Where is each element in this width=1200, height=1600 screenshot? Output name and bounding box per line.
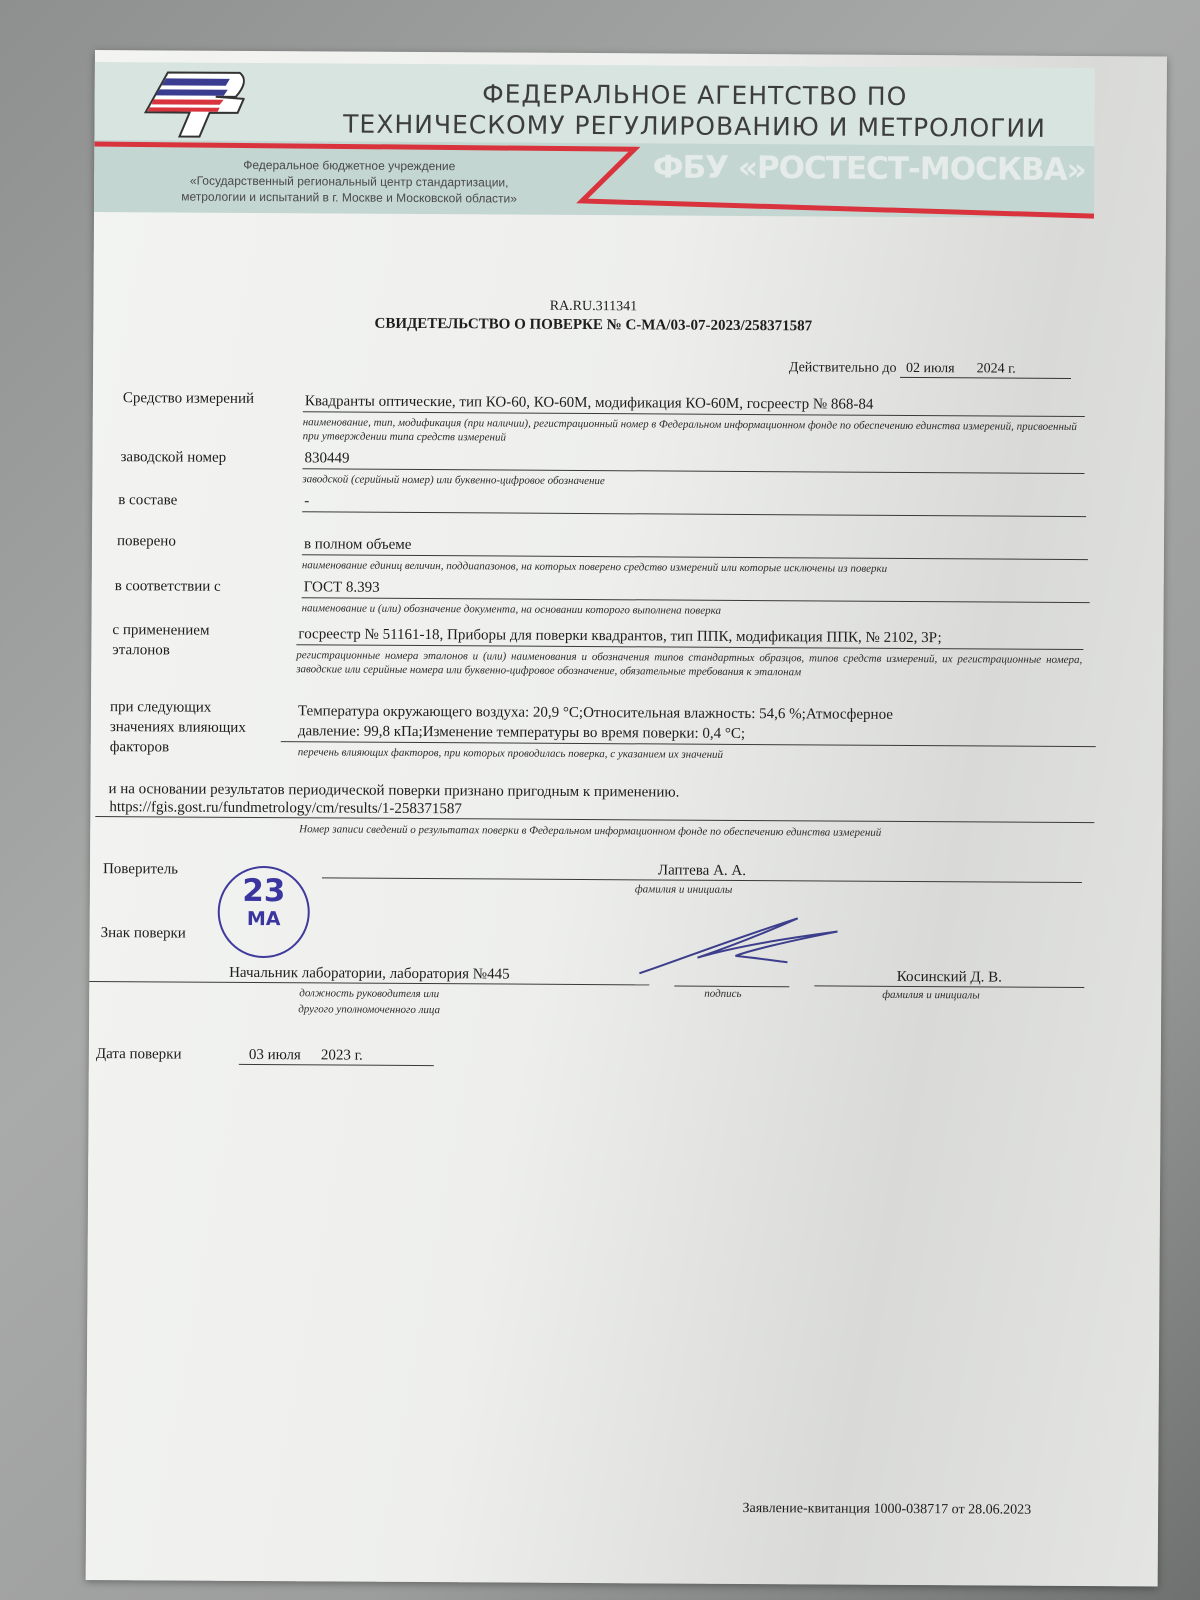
conclusion-text: и на основании результатов периодической… <box>108 781 679 801</box>
verification-stamp: 23 МА <box>217 866 310 959</box>
certificate-page: ФЕДЕРАЛЬНОЕ АГЕНТСТВО ПО ТЕХНИЧЕСКОМУ РЕ… <box>86 50 1167 1587</box>
head-position-field: Начальник лаборатории, лаборатория №445 <box>89 964 649 985</box>
according-to-hint: наименование и (или) обозначение докумен… <box>302 601 1082 620</box>
agency-title-line2: ТЕХНИЧЕСКОМУ РЕГУЛИРОВАНИЮ И МЕТРОЛОГИИ <box>304 108 1084 144</box>
instrument-value: Квадранты оптические, тип КО-60, КО-60М,… <box>303 391 1085 417</box>
verification-mark-label: Знак поверки <box>101 925 186 943</box>
composition-value: - <box>302 491 1086 517</box>
verifier-label: Поверитель <box>103 861 178 878</box>
agency-title-line1: ФЕДЕРАЛЬНОЕ АГЕНТСТВО ПО <box>305 77 1085 113</box>
verifier-name-field: Лаптева А. А. <box>322 860 1082 883</box>
serial-hint: заводской (серийный номер) или буквенно-… <box>302 472 1082 491</box>
stamp-number: 23 <box>220 874 308 909</box>
instrument-hint: наименование, тип, модификация (при нали… <box>303 415 1083 448</box>
conditions-label-line2: значениях влияющих <box>110 717 246 738</box>
head-name-field: Косинский Д. В. <box>814 968 1084 988</box>
verifier-name-hint: фамилия и инициалы <box>635 883 733 896</box>
verifier-name: Лаптева А. А. <box>658 862 746 879</box>
standards-value: госреестр № 51161-18, Приборы для поверк… <box>296 624 1083 650</box>
rst-logo-icon <box>139 68 244 139</box>
verified-value: в полном объеме <box>302 534 1088 560</box>
according-to-label: в соответствии с <box>115 576 221 597</box>
letterhead: ФЕДЕРАЛЬНОЕ АГЕНТСТВО ПО ТЕХНИЧЕСКОМУ РЕ… <box>94 50 1095 226</box>
signature-icon <box>637 915 837 986</box>
standards-label-line1: с применением <box>112 620 209 641</box>
conditions-label: при следующих значениях влияющих факторо… <box>110 697 246 758</box>
serial-value: 830449 <box>302 448 1084 474</box>
head-position-hint: должность руководителя или другого уполн… <box>269 985 469 1018</box>
conditions-label-line3: факторов <box>110 737 246 758</box>
valid-until-label: Действительно до <box>789 360 897 376</box>
conditions-hint: перечень влияющих факторов, при которых … <box>298 745 1078 764</box>
head-position-hint-line2: другого уполномоченного лица <box>269 1001 469 1018</box>
fgis-record-link[interactable]: https://fgis.gost.ru/fundmetrology/cm/re… <box>95 799 1094 823</box>
head-name: Косинский Д. В. <box>897 969 1002 986</box>
verification-date-year: 2023 г. <box>321 1047 363 1063</box>
conditions-value-line2: давление: 99,8 кПа;Изменение температуры… <box>281 721 1096 747</box>
receipt-reference: Заявление-квитанция 1000-038717 от 28.06… <box>742 1501 1031 1519</box>
according-to-value: ГОСТ 8.393 <box>302 577 1090 603</box>
instrument-label: Средство измерений <box>123 388 254 409</box>
head-position-hint-line1: должность руководителя или <box>269 985 469 1002</box>
fgis-record-hint: Номер записи сведений о результатах пове… <box>90 822 1090 840</box>
institution-line3: метрологии и испытаний в г. Москве и Мос… <box>149 188 549 206</box>
verification-date-label: Дата поверки <box>96 1046 182 1064</box>
head-position: Начальник лаборатории, лаборатория №445 <box>229 965 510 983</box>
brand-name: ФБУ «РОСТЕСТ-МОСКВА» <box>649 149 1089 188</box>
standards-label-line2: эталонов <box>112 640 209 661</box>
certificate-title: СВИДЕТЕЛЬСТВО О ПОВЕРКЕ № С-МА/03-07-202… <box>93 314 1093 337</box>
serial-label: заводской номер <box>120 447 226 468</box>
stamp-code: МА <box>220 908 308 931</box>
signature-hint: подпись <box>704 988 741 1000</box>
agency-title: ФЕДЕРАЛЬНОЕ АГЕНТСТВО ПО ТЕХНИЧЕСКОМУ РЕ… <box>304 77 1084 144</box>
valid-until: Действительно до 02 июля2024 г. <box>789 360 1071 379</box>
verification-date-value: 03 июля2023 г. <box>239 1047 434 1066</box>
standards-hint: регистрационные номера эталонов и (или) … <box>296 648 1082 681</box>
valid-until-day-month: 02 июля <box>906 361 955 376</box>
verified-label: поверено <box>117 531 176 551</box>
standards-label: с применением эталонов <box>112 620 209 661</box>
valid-until-year: 2024 г. <box>977 361 1016 376</box>
institution-name: Федеральное бюджетное учреждение «Госуда… <box>149 156 549 206</box>
head-name-hint: фамилия и инициалы <box>882 989 980 1002</box>
composition-label: в составе <box>118 490 177 510</box>
verified-hint: наименование единиц величин, поддиапазон… <box>302 558 1092 577</box>
valid-until-value: 02 июля2024 г. <box>900 361 1071 379</box>
verification-date-day-month: 03 июля <box>249 1047 301 1063</box>
conditions-label-line1: при следующих <box>110 697 246 718</box>
